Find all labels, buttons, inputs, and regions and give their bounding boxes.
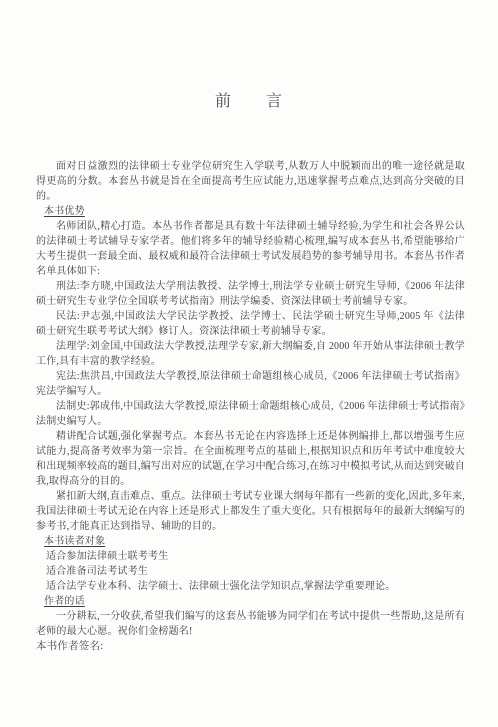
preface-page: 前 言 面对日益激烈的法律硕士专业学位研究生入学联考,从数万人中脱颖而出的唯一途… [0, 0, 498, 727]
reader-item-judicial-exam: 适合准备司法考试考生 [36, 564, 465, 579]
section-heading-readers: 本书读者对象 [36, 534, 465, 549]
page-body: 面对日益激烈的法律硕士专业学位研究生入学联考,从数万人中脱颖而出的唯一途径就是取… [36, 159, 465, 654]
author-signature-label: 本书作者签名: [36, 639, 465, 654]
author-entry-constitution: 宪法:焦洪昌,中国政法大学教授,原法律硕士命题组核心成员,《2006 年法律硕士… [36, 369, 465, 399]
reader-item-liankao: 适合参加法律硕士联考考生 [36, 549, 465, 564]
intro-paragraph: 面对日益激烈的法律硕士专业学位研究生入学联考,从数万人中脱颖而出的唯一途径就是取… [36, 159, 465, 204]
authors-words-paragraph: 一分耕耘,一分收获,希望我们编写的这套丛书能够为同学们在考试中提供一些帮助,这是… [36, 609, 465, 639]
author-entry-criminal-law: 刑法:李方晓,中国政法大学刑法教授、法学博士,刑法学专业硕士研究生导师,《200… [36, 279, 465, 309]
section-heading-advantages: 本书优势 [36, 204, 465, 219]
reader-item-law-students: 适合法学专业本科、法学硕士、法律硕士强化法学知识点,掌握法学重要理论。 [36, 579, 465, 594]
author-entry-jurisprudence: 法理学:刘金国,中国政法大学教授,法理学专家,新大纲编委,自 2000 年开始从… [36, 339, 465, 369]
section-heading-authors-words: 作者的话 [36, 594, 465, 609]
advantages-team-paragraph: 名师团队,精心打造。本丛书作者都是具有数十年法律硕士辅导经验,为学生和社会各界公… [36, 219, 465, 279]
page-title: 前 言 [0, 0, 498, 111]
advantages-syllabus-paragraph: 紧扣新大纲,直击难点、重点。法律硕士考试专业课大纲每年都有一些新的变化,因此,多… [36, 489, 465, 534]
advantages-practice-paragraph: 精讲配合试题,强化掌握考点。本套丛书无论在内容选择上还是体例编排上,都以增强考生… [36, 429, 465, 489]
author-entry-legal-history: 法制史:郭成伟,中国政法大学教授,原法律硕士命题组核心成员,《2006 年法律硕… [36, 399, 465, 429]
author-entry-civil-law: 民法:尹志强,中国政法大学民法学教授、法学博士、民法学硕士研究生导师,2005 … [36, 309, 465, 339]
